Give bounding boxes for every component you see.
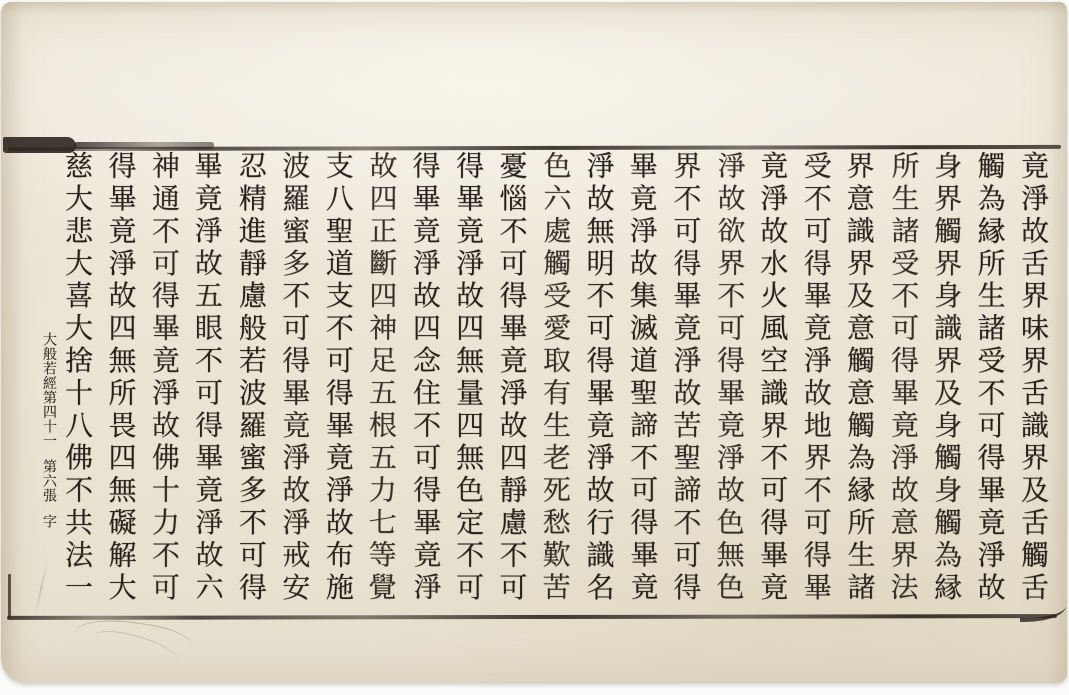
text-column: 受不可得畢竟淨故地界不可得畢 [795,151,838,613]
text-column: 界不可得畢竟淨故苦聖諦不可得 [664,151,707,613]
text-column: 得畢竟淨故四念住不可得畢竟淨 [403,151,447,613]
text-column: 支八聖道支不可得畢竟淨故布施 [317,151,360,613]
text-column: 波羅蜜多不可得畢竟淨故淨戒安 [273,151,316,613]
text-column: 得畢竟淨故四無量四無色定不可 [447,151,490,613]
ink-smudge-tail [74,142,214,149]
text-column: 淨故無明不可得畢竟淨故行識名 [577,151,620,613]
text-column: 得畢竟淨故四無所畏四無礙解大 [99,151,142,613]
text-column: 界意識界及意觸意觸為縁所生諸 [838,151,882,613]
sutra-text-block: 竟淨故舌界味界舌識界及舌觸舌 觸為縁所生諸受不可得畢竟淨故 身界觸界身識界及身觸… [56,151,1055,613]
text-column: 色六處觸受愛取有生老死愁歎苦 [533,151,577,613]
text-column: 慈大悲大喜大捨十八佛不共法一 [56,151,99,613]
left-border-segment [8,574,11,618]
text-column: 所生諸受不可得畢竟淨故意界法 [881,151,925,613]
scanned-sutra-page: 竟淨故舌界味界舌識界及舌觸舌 觸為縁所生諸受不可得畢竟淨故 身界觸界身識界及身觸… [0,0,1069,695]
text-column: 故四正斷四神足五根五力七等覺 [360,151,404,613]
margin-note-scroll: 大般若經第四十一 [39,332,59,448]
text-column: 畢竟淨故集滅道聖諦不可得畢竟 [620,151,664,613]
text-column: 竟淨故水火風空識界不可得畢竟 [751,151,794,613]
margin-note-case-mark: 字 [39,514,59,529]
text-column: 竟淨故舌界味界舌識界及舌觸舌 [1012,151,1055,613]
margin-note: 大般若經第四十一 第六張 字 [36,332,62,528]
text-column: 畢竟淨故五眼不可得畢竟淨故六 [186,151,230,613]
text-column: 淨故欲界不可得畢竟淨故色無色 [707,151,751,613]
text-column: 身界觸界身識界及身觸身觸為縁 [925,151,968,613]
text-column: 神通不可得畢竟淨故佛十力不可 [143,151,186,613]
text-column: 觸為縁所生諸受不可得畢竟淨故 [969,151,1012,613]
text-column: 忍精進靜慮般若波羅蜜多不可得 [230,151,273,613]
margin-note-sheet: 第六張 [39,459,59,503]
text-column: 憂惱不可得畢竟淨故四靜慮不可 [491,151,534,613]
